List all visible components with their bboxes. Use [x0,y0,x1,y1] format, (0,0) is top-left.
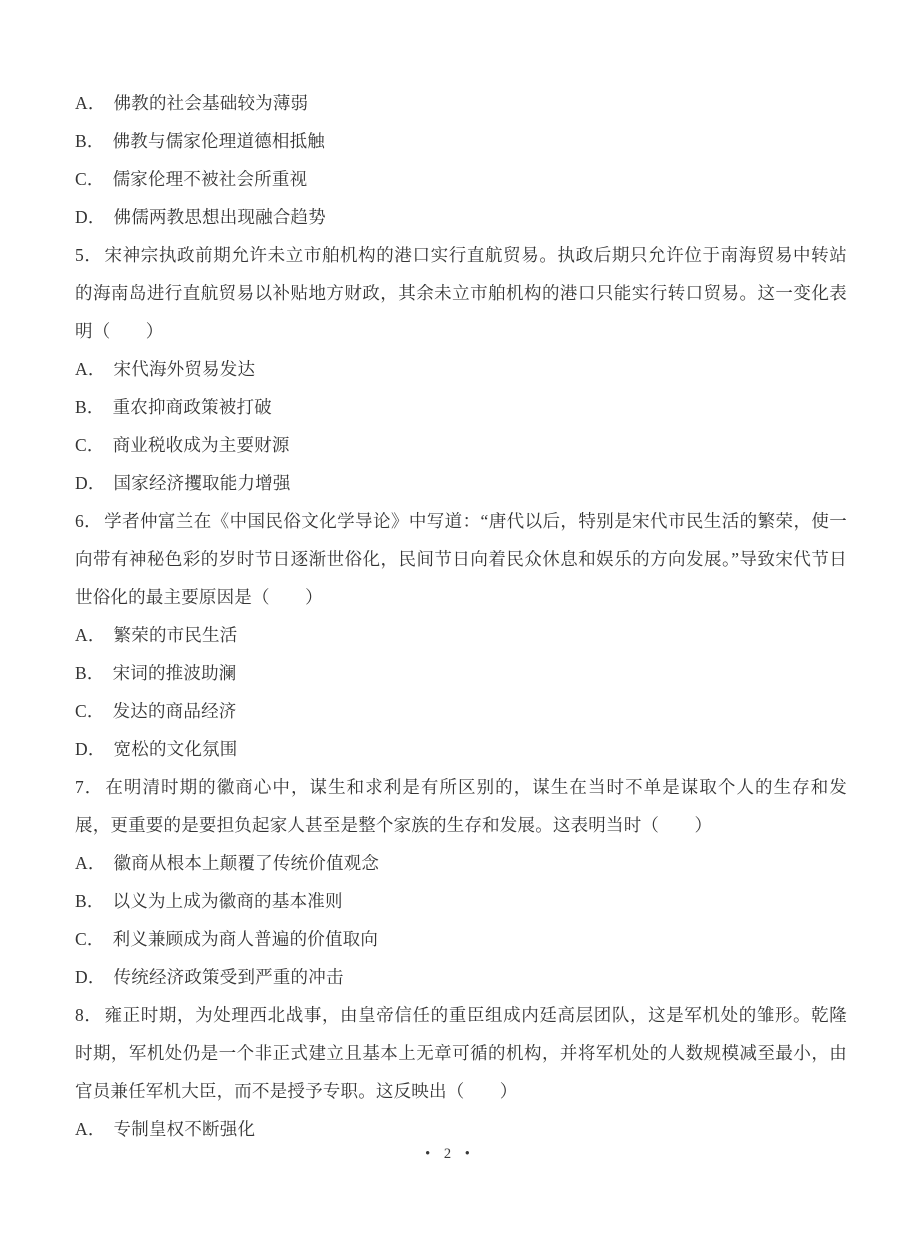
option-row: B．以义为上成为徽商的基本准则 [75,882,847,920]
option-text: 佛教与儒家伦理道德相抵触 [113,131,325,151]
option-row: D．宽松的文化氛围 [75,730,847,768]
option-label: B． [75,891,105,911]
option-text: 专制皇权不断强化 [114,1119,256,1139]
option-label: C． [75,929,105,949]
question-number: 6． [75,511,102,531]
option-text: 佛教的社会基础较为薄弱 [114,93,309,113]
option-label: A． [75,625,106,645]
option-text: 利义兼顾成为商人普遍的价值取向 [113,929,379,949]
option-label: D． [75,473,106,493]
option-row: B．宋词的推波助澜 [75,654,847,692]
option-row: C．商业税收成为主要财源 [75,426,847,464]
option-row: A．繁荣的市民生活 [75,616,847,654]
question-stem: 7．在明清时期的徽商心中，谋生和求利是有所区别的，谋生在当时不单是谋取个人的生存… [75,768,847,844]
question-text: 在明清时期的徽商心中，谋生和求利是有所区别的，谋生在当时不单是谋取个人的生存和发… [75,777,847,835]
option-label: C． [75,169,105,189]
option-label: D． [75,207,106,227]
option-row: C．利义兼顾成为商人普遍的价值取向 [75,920,847,958]
option-label: B． [75,397,105,417]
page-number: • 2 • [0,1146,900,1163]
question-stem: 5．宋神宗执政前期允许未立市舶机构的港口实行直航贸易。执政后期只允许位于南海贸易… [75,236,847,350]
option-row: A．徽商从根本上颠覆了传统价值观念 [75,844,847,882]
question-stem: 6．学者仲富兰在《中国民俗文化学导论》中写道：“唐代以后，特别是宋代市民生活的繁… [75,502,847,616]
question-text: 宋神宗执政前期允许未立市舶机构的港口实行直航贸易。执政后期只允许位于南海贸易中转… [75,245,847,341]
option-label: A． [75,853,106,873]
option-text: 宋词的推波助澜 [113,663,237,683]
option-text: 重农抑商政策被打破 [113,397,272,417]
option-row: D．传统经济政策受到严重的冲击 [75,958,847,996]
option-row: A．专制皇权不断强化 [75,1110,847,1148]
option-row: D．国家经济攫取能力增强 [75,464,847,502]
option-label: A． [75,359,106,379]
option-text: 国家经济攫取能力增强 [114,473,291,493]
option-text: 传统经济政策受到严重的冲击 [114,967,344,987]
question-number: 5． [75,245,103,265]
option-row: A．宋代海外贸易发达 [75,350,847,388]
option-row: D．佛儒两教思想出现融合趋势 [75,198,847,236]
option-label: D． [75,739,106,759]
option-text: 发达的商品经济 [113,701,237,721]
page-content: A．佛教的社会基础较为薄弱 B．佛教与儒家伦理道德相抵触 C．儒家伦理不被社会所… [75,84,847,1148]
option-label: C． [75,435,105,455]
question-text: 学者仲富兰在《中国民俗文化学导论》中写道：“唐代以后，特别是宋代市民生活的繁荣，… [75,511,847,607]
document-page: A．佛教的社会基础较为薄弱 B．佛教与儒家伦理道德相抵触 C．儒家伦理不被社会所… [0,0,900,1246]
option-text: 商业税收成为主要财源 [113,435,290,455]
option-row: B．佛教与儒家伦理道德相抵触 [75,122,847,160]
option-text: 宽松的文化氛围 [114,739,238,759]
question-number: 8． [75,1005,103,1025]
option-text: 佛儒两教思想出现融合趋势 [114,207,326,227]
question-text: 雍正时期，为处理西北战事，由皇帝信任的重臣组成内廷高层团队，这是军机处的雏形。乾… [75,1005,847,1101]
option-text: 繁荣的市民生活 [114,625,238,645]
option-label: C． [75,701,105,721]
option-row: B．重农抑商政策被打破 [75,388,847,426]
option-label: B． [75,131,105,151]
option-text: 儒家伦理不被社会所重视 [113,169,308,189]
option-label: A． [75,93,106,113]
option-row: C．儒家伦理不被社会所重视 [75,160,847,198]
option-label: D． [75,967,106,987]
option-label: B． [75,663,105,683]
option-row: A．佛教的社会基础较为薄弱 [75,84,847,122]
option-text: 宋代海外贸易发达 [114,359,256,379]
question-number: 7． [75,777,103,797]
option-text: 徽商从根本上颠覆了传统价值观念 [114,853,380,873]
option-text: 以义为上成为徽商的基本准则 [113,891,343,911]
option-row: C．发达的商品经济 [75,692,847,730]
question-stem: 8．雍正时期，为处理西北战事，由皇帝信任的重臣组成内廷高层团队，这是军机处的雏形… [75,996,847,1110]
option-label: A． [75,1119,106,1139]
